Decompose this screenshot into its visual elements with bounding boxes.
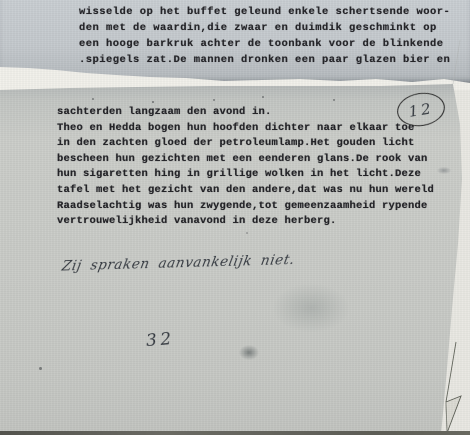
typed-line: vertrouwelijkheid vanavond in deze herbe… [57, 214, 434, 230]
dust-speck [333, 99, 335, 101]
photo-bottom-edge [0, 431, 470, 435]
typed-line: in den zachten gloed der petroleumlamp.H… [57, 136, 434, 152]
strip-typed-text: wisselde op het buffet geleund enkele sc… [79, 4, 450, 68]
dust-speck [152, 101, 154, 103]
dust-speck [213, 99, 215, 101]
scanned-manuscript-photo: wisselde op het buffet geleund enkele sc… [0, 0, 470, 435]
circled-page-number-value: 12 [407, 99, 435, 121]
typed-line: bescheen hun gezichten met een eenderen … [57, 152, 434, 168]
handwritten-page-number: 32 [145, 329, 175, 351]
typed-line: Theo en Hedda bogen hun hoofden dichter … [57, 121, 434, 137]
typed-line: Raadselachtig was hun zwygende,tot gemee… [57, 199, 434, 215]
dust-speck [262, 96, 264, 98]
typed-line: hun sigaretten hing in grillige wolken i… [57, 167, 434, 183]
dust-speck [92, 98, 94, 100]
typed-line: sachterden langzaam den avond in. [57, 105, 434, 121]
typed-line: een hooge barkruk achter de toonbank voo… [79, 36, 450, 52]
dust-speck [39, 367, 42, 370]
typed-line: tafel met het gezicht van den andere,dat… [57, 183, 434, 199]
page-typed-text: sachterden langzaam den avond in. Theo e… [57, 105, 434, 230]
dust-speck [246, 232, 248, 234]
typed-line: .spiegels zat.De mannen dronken een paar… [79, 52, 450, 68]
typed-line: den met de waardin,die zwaar en duimdik … [79, 20, 450, 36]
typed-line: wisselde op het buffet geleund enkele sc… [79, 4, 450, 20]
